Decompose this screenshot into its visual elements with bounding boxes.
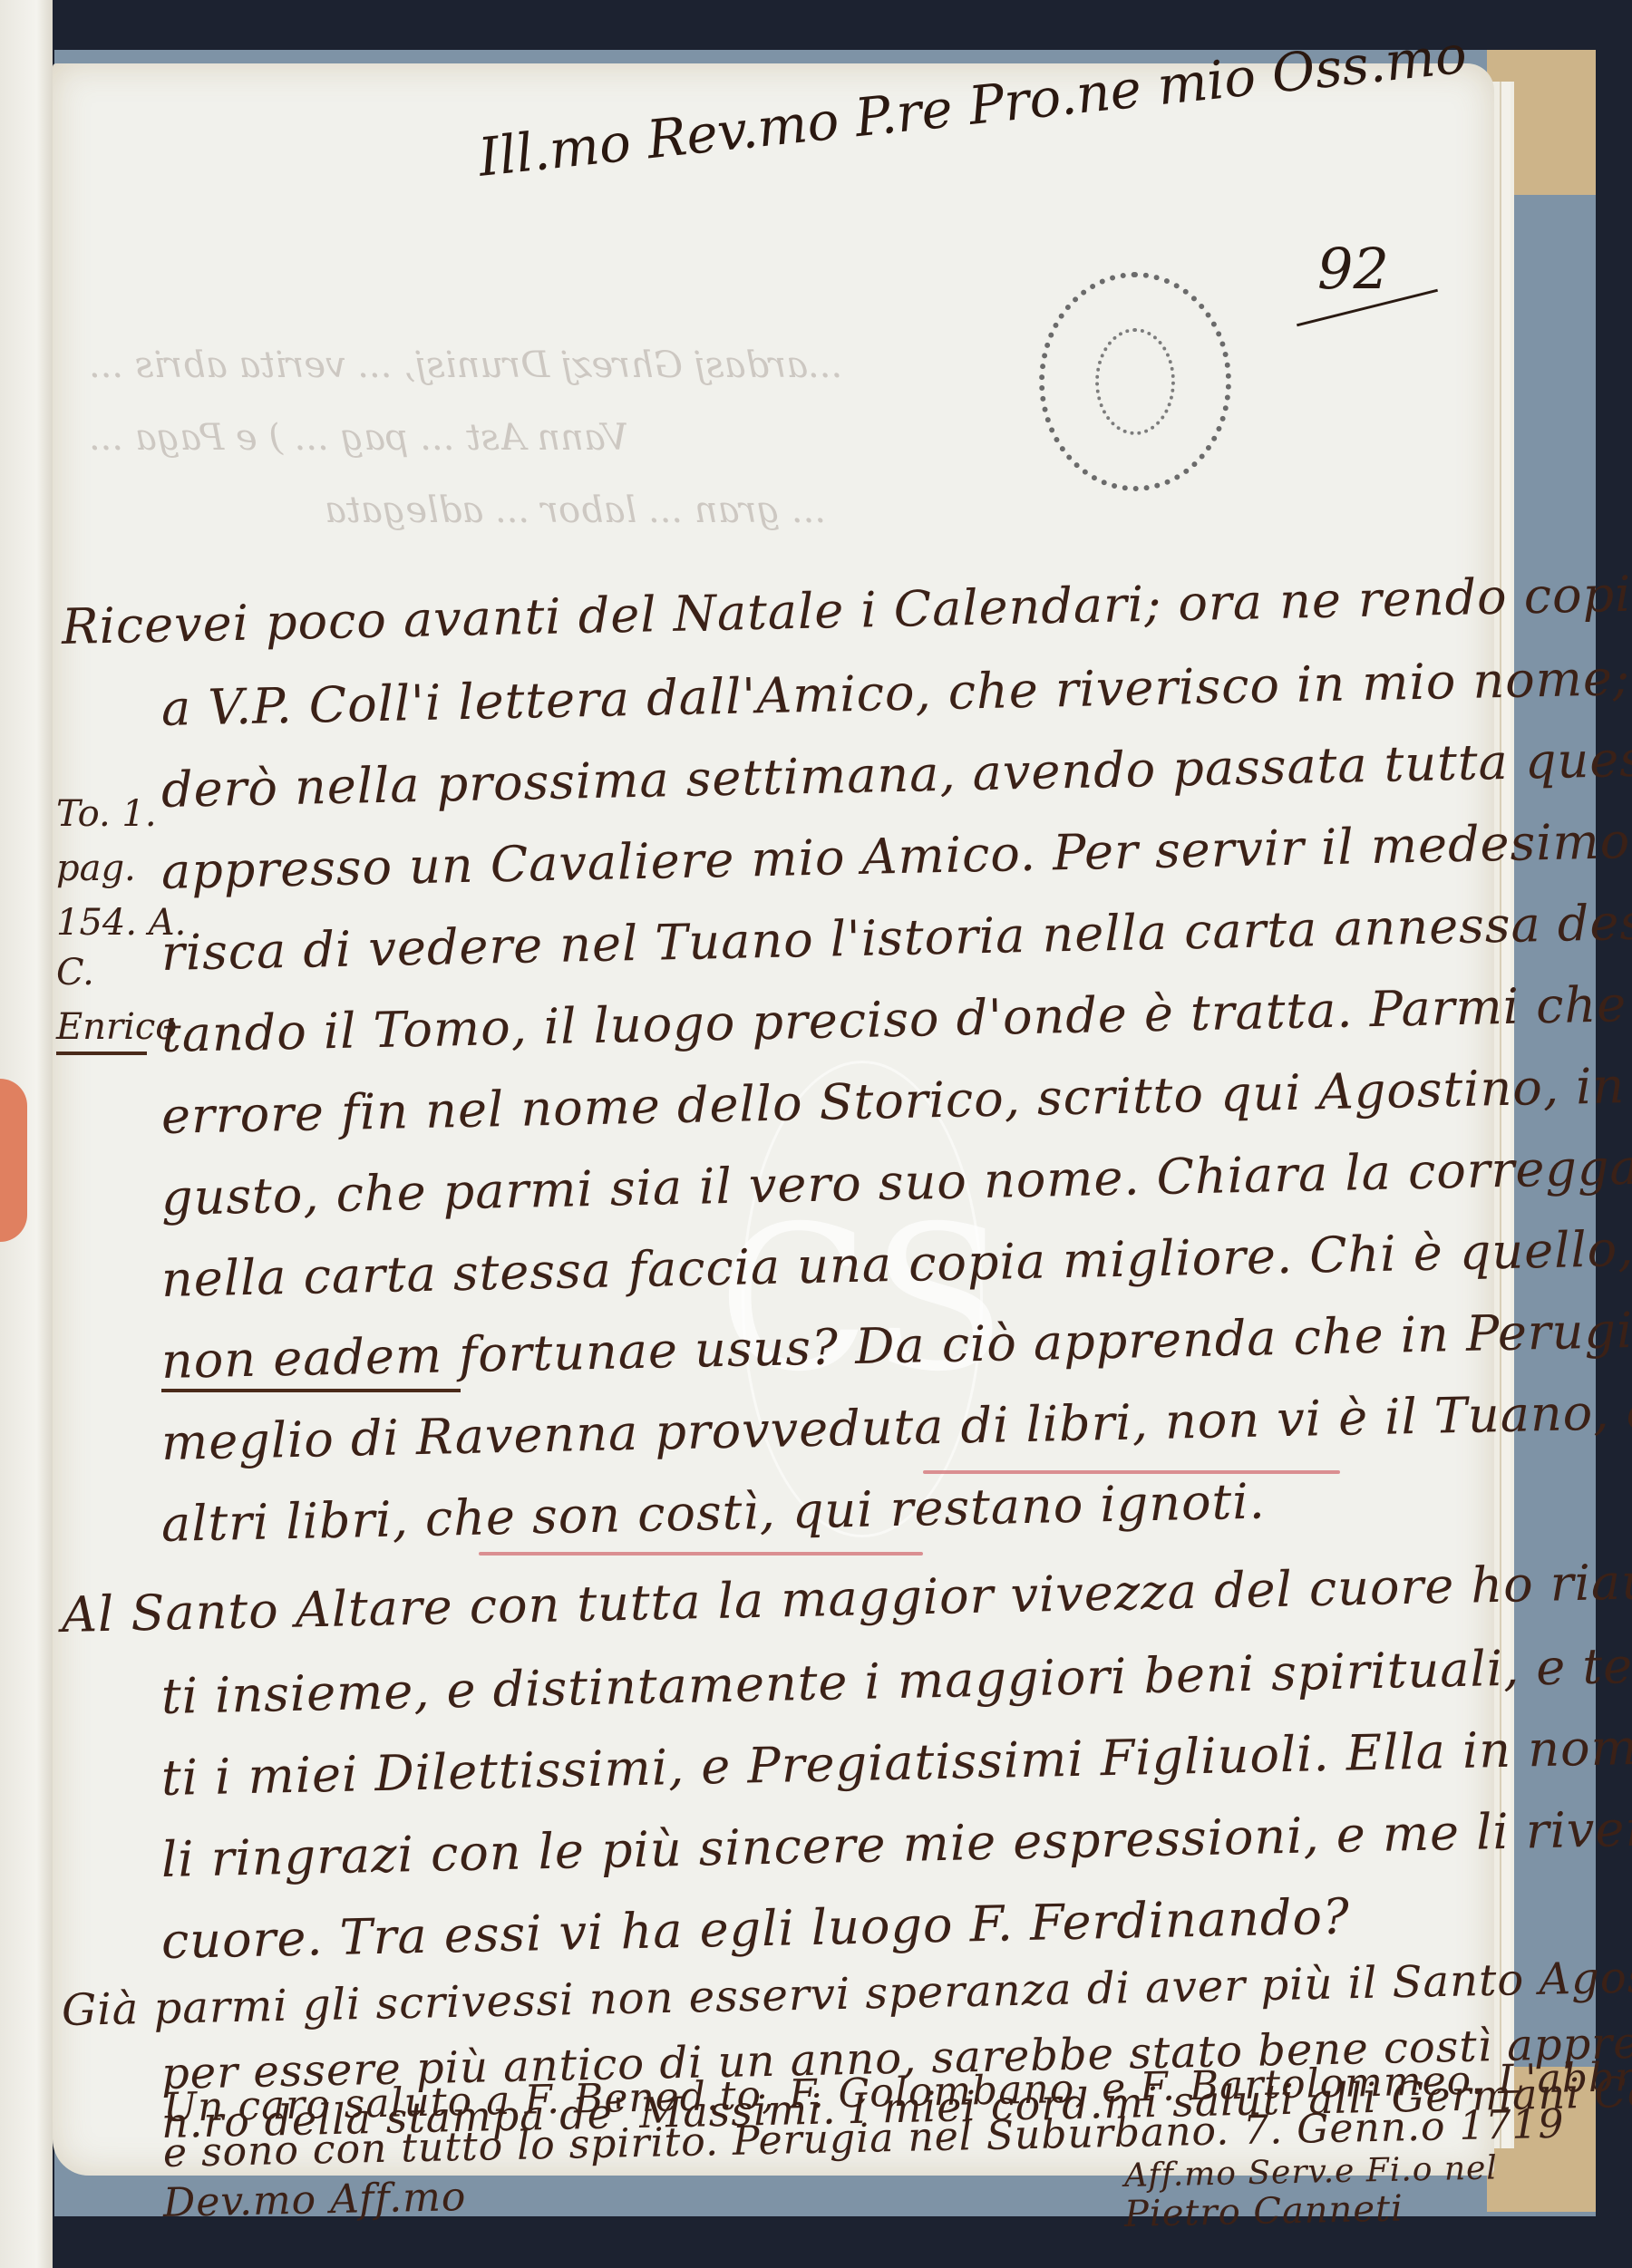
signature: Pietro Canneti [1124, 2188, 1404, 2235]
body-line: tando il Tomo, il luogo preciso d'onde è… [160, 973, 1632, 1063]
red-seal-fragment [0, 1079, 27, 1242]
red-pencil-underline [923, 1470, 1340, 1474]
body-line: risca di vedere nel Tuano l'istoria nell… [160, 888, 1632, 982]
body-line: li ringrazi con le più sincere mie espre… [160, 1797, 1632, 1888]
signature-line: Aff.mo Serv.e Fi.o nel [1124, 2149, 1499, 2195]
margin-note: 154. A. [56, 902, 186, 944]
watermark-icon: CS [742, 1061, 983, 1537]
margin-note: pag. [56, 848, 136, 889]
margin-note: To. 1. [56, 793, 157, 835]
body-line: ti i miei Dilettissimi, e Pregiatissimi … [160, 1716, 1632, 1807]
body-line: appresso un Cavaliere mio Amico. Per ser… [160, 805, 1632, 900]
margin-note-underline [56, 1052, 147, 1055]
bleed-through-line: Vann Ast ... pag ... ) e Paga ... [89, 417, 628, 459]
stamp-inner-ring [1095, 328, 1175, 435]
margin-note: Enrico [56, 1006, 177, 1048]
manuscript-page: ...ardasj Ghrezj Drunisj, ... verita abr… [53, 63, 1494, 2176]
ink-underline [161, 1389, 461, 1392]
bleed-through-line: ...ardasj Ghrezj Drunisj, ... verita abr… [89, 344, 842, 386]
body-line: cuore. Tra essi vi ha egli luogo F. Ferd… [160, 1888, 1350, 1970]
salutation: Ill.mo Rev.mo P.re Pro.ne mio Oss.mo [475, 24, 1469, 189]
body-line: Al Santo Altare con tutta la maggior viv… [61, 1546, 1632, 1643]
bleed-through-line: ... gran ... labor ... adlegata [325, 489, 826, 531]
closing-formula: Dev.mo Aff.mo [162, 2174, 466, 2226]
body-line: ti insieme, e distintamente i maggiori b… [160, 1630, 1632, 1725]
red-pencil-underline [479, 1552, 923, 1556]
body-line: altri libri, che son costì, qui restano … [160, 1473, 1266, 1553]
library-stamp-icon [1039, 272, 1231, 491]
body-line: derò nella prossima settimana, avendo pa… [160, 725, 1632, 819]
folio-number: 92 [1317, 236, 1389, 302]
body-line: Ricevei poco avanti del Natale i Calenda… [61, 560, 1632, 655]
body-line: a V.P. Coll'i lettera dall'Amico, che ri… [160, 644, 1632, 737]
margin-note: C. [56, 952, 94, 993]
